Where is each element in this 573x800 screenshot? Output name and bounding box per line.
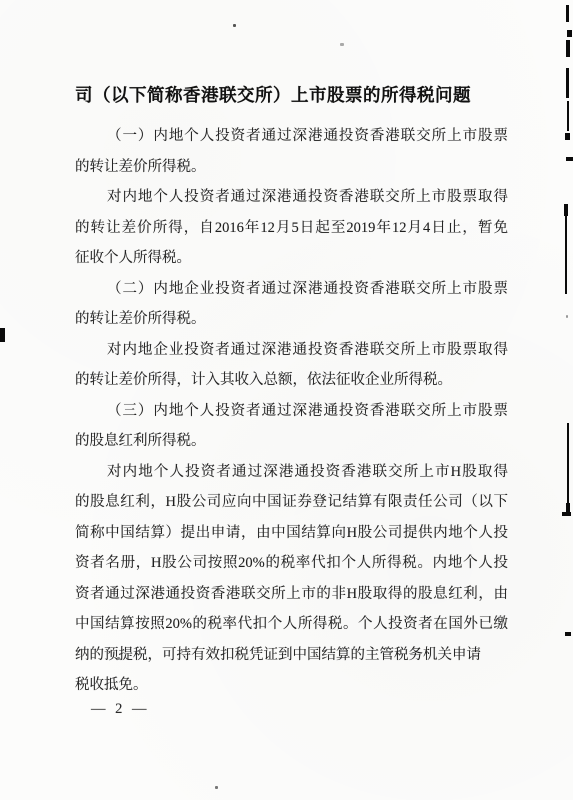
scan-artifact [567, 423, 569, 503]
scan-speck [215, 786, 218, 789]
document-line: 对内地个人投资者通过深港通投资香港联交所上市股票取得 [75, 182, 508, 213]
scan-artifact [565, 216, 567, 294]
document-line: （三）内地个人投资者通过深港通投资香港联交所上市股票 [75, 396, 508, 427]
document-line: 对内地企业投资者通过深港通投资香港联交所上市股票取得 [75, 335, 508, 366]
scan-speck [233, 24, 236, 27]
scan-speck [117, 657, 120, 660]
scan-artifact [566, 68, 569, 98]
scan-artifact [0, 328, 5, 342]
document-line: 纳的预提税，可持有效扣税凭证到中国结算的主管税务机关申请 [75, 640, 508, 671]
document-line: （二）内地企业投资者通过深港通投资香港联交所上市股票 [75, 274, 508, 305]
document-line: 简称中国结算）提出申请，由中国结算向H股公司提供内地个人投 [75, 518, 508, 549]
scan-artifact [566, 157, 573, 161]
document-line: 的转让差价所得税。 [75, 304, 508, 335]
document-title: 司（以下简称香港联交所）上市股票的所得税问题 [75, 84, 508, 106]
document-line: （一）内地个人投资者通过深港通投资香港联交所上市股票 [75, 121, 508, 152]
scan-artifact [565, 632, 571, 636]
scan-artifact [566, 40, 570, 57]
scan-artifact [565, 133, 570, 140]
scanned-document-page: 司（以下简称香港联交所）上市股票的所得税问题 （一）内地个人投资者通过深港通投资… [0, 0, 573, 800]
document-line: 的转让差价所得，计入其收入总额，依法征收企业所得税。 [75, 365, 508, 396]
document-line: 中国结算按照20%的税率代扣个人所得税。个人投资者在国外已缴 [75, 609, 508, 640]
document-line: 对内地个人投资者通过深港通投资香港联交所上市H股取得 [75, 457, 508, 488]
document-line: 征收个人所得税。 [75, 243, 508, 274]
document-line: 的股息红利，H股公司应向中国证券登记结算有限责任公司（以下 [75, 487, 508, 518]
page-number: — 2 — [91, 701, 150, 718]
document-lines: （一）内地个人投资者通过深港通投资香港联交所上市股票的转让差价所得税。对内地个人… [75, 121, 508, 701]
scan-speck [566, 315, 568, 318]
scan-artifact [564, 204, 568, 216]
scan-artifact [567, 30, 572, 37]
document-line: 资者名册，H股公司按照20%的税率代扣个人所得税。内地个人投 [75, 548, 508, 579]
document-line: 的转让差价所得，自2016年12月5日起至2019年12月4日止，暂免 [75, 213, 508, 244]
document-line: 的转让差价所得税。 [75, 152, 508, 183]
document-content: 司（以下简称香港联交所）上市股票的所得税问题 （一）内地个人投资者通过深港通投资… [75, 84, 508, 701]
document-line: 资者通过深港通投资香港联交所上市的非H股取得的股息红利，由 [75, 579, 508, 610]
scan-artifact [562, 512, 571, 516]
document-line: 税收抵免。 [75, 670, 508, 701]
scan-artifact [567, 101, 569, 131]
scan-speck [340, 43, 344, 46]
document-line: 的股息红利所得税。 [75, 426, 508, 457]
scan-artifact [566, 5, 569, 22]
